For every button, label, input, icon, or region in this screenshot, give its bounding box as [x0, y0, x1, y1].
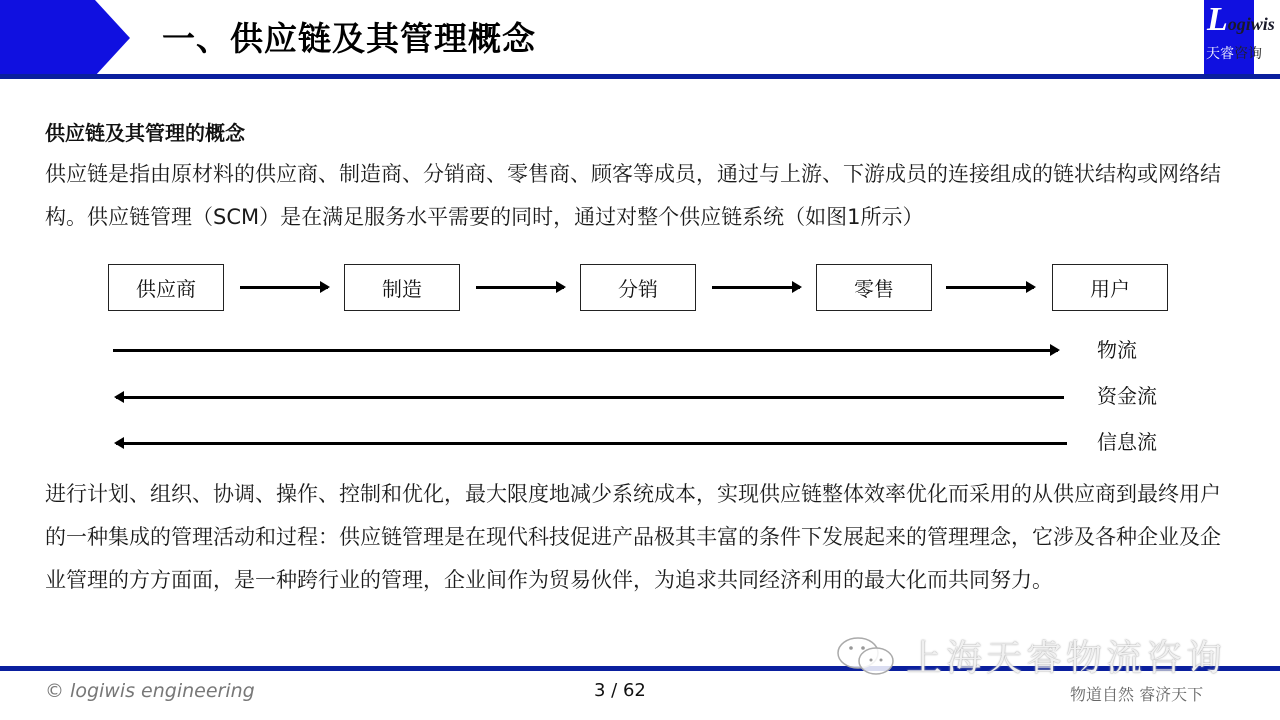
watermark-text: 上海天睿物流咨询	[906, 630, 1226, 681]
logo-subtitle-a: 天睿	[1206, 46, 1234, 62]
logo-initial: L	[1207, 1, 1228, 38]
logo-wordmark: ogiwis	[1228, 14, 1275, 34]
header-divider	[0, 74, 1280, 79]
logo-subtitle: 天睿咨询	[1206, 44, 1262, 64]
node-manufacturing: 制造	[344, 264, 460, 311]
logo: Logiwis	[1207, 2, 1275, 44]
page-number: 3 / 62	[594, 680, 646, 701]
information-flow-arrow-icon	[116, 442, 1067, 445]
node-retail: 零售	[816, 264, 932, 311]
slogan: 物道自然 睿济天下	[1070, 682, 1203, 705]
logistics-flow-arrow-icon	[113, 349, 1058, 352]
wechat-icon	[834, 633, 904, 681]
node-distribution: 分销	[580, 264, 696, 311]
flow-label-logistics: 物流	[1097, 336, 1137, 364]
header-chevron-shape	[0, 0, 130, 76]
copyright: © logiwis engineering	[45, 680, 255, 702]
flow-label-information: 信息流	[1097, 428, 1157, 456]
paragraph-intro: 供应链是指由原材料的供应商、制造商、分销商、零售商、顾客等成员，通过与上游、下游…	[45, 153, 1235, 239]
arrow-right-icon	[712, 286, 800, 289]
node-user: 用户	[1052, 264, 1168, 311]
arrow-right-icon	[240, 286, 328, 289]
paragraph-detail: 进行计划、组织、协调、操作、控制和优化，最大限度地减少系统成本，实现供应链整体效…	[45, 473, 1235, 602]
node-supplier: 供应商	[108, 264, 224, 311]
arrow-right-icon	[946, 286, 1034, 289]
flow-label-capital: 资金流	[1097, 382, 1157, 410]
logo-subtitle-b: 咨询	[1234, 46, 1262, 62]
arrow-right-icon	[476, 286, 564, 289]
capital-flow-arrow-icon	[116, 396, 1064, 399]
page-title: 一、供应链及其管理概念	[162, 14, 536, 64]
section-heading: 供应链及其管理的概念	[45, 118, 245, 148]
